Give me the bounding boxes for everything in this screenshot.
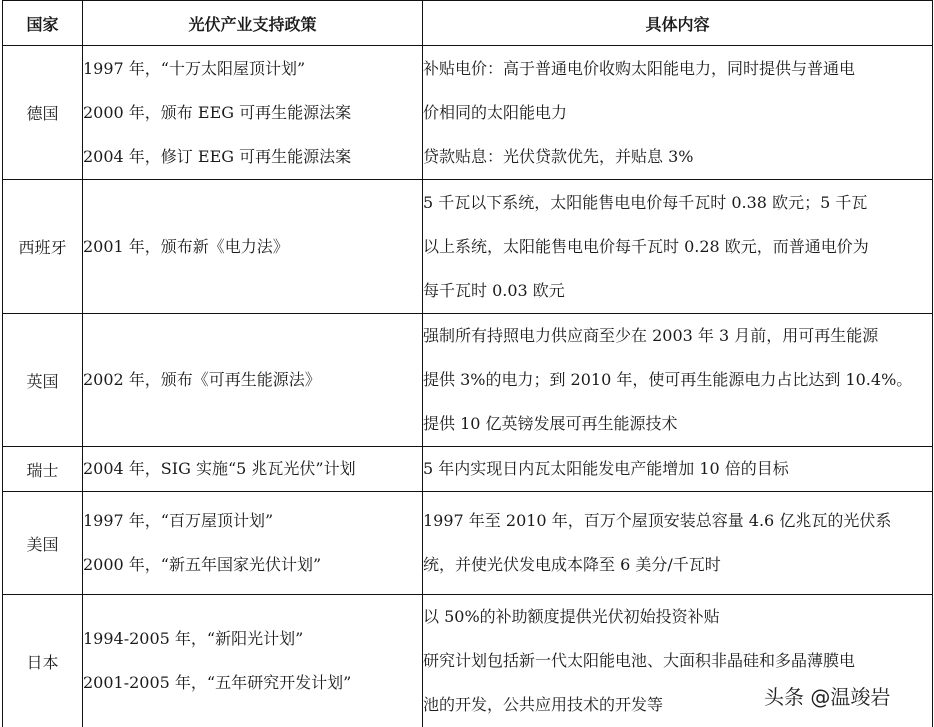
content-line: 强制所有持照电力供应商至少在 2003 年 3 月前，用可再生能源 [423, 314, 932, 358]
table-row-germany: 德国 1997 年，“十万太阳屋顶计划” 2000 年，颁布 EEG 可再生能源… [3, 46, 933, 180]
policy-table: 国家 光伏产业支持政策 具体内容 德国 1997 年，“十万太阳屋顶计划” 20… [2, 0, 933, 727]
header-country: 国家 [3, 1, 83, 46]
policy-line: 2000 年，颁布 EEG 可再生能源法案 [83, 91, 422, 135]
header-row: 国家 光伏产业支持政策 具体内容 [3, 1, 933, 46]
country-cell: 日本 [3, 595, 83, 727]
content-line: 研究计划包括新一代太阳能电池、大面积非晶硅和多晶薄膜电 [423, 639, 932, 683]
content-cell: 5 年内实现日内瓦太阳能发电产能增加 10 倍的目标 [423, 447, 933, 492]
policy-line: 1997 年，“十万太阳屋顶计划” [83, 47, 422, 91]
watermark: 头条 @温竣岩 [764, 681, 890, 710]
content-line: 补贴电价：高于普通电价收购太阳能电力，同时提供与普通电 [423, 47, 932, 91]
policy-cell: 1997 年，“十万太阳屋顶计划” 2000 年，颁布 EEG 可再生能源法案 … [83, 46, 423, 180]
policy-line: 2001-2005 年，“五年研究开发计划” [83, 661, 422, 705]
policy-cell: 1994-2005 年，“新阳光计划” 2001-2005 年，“五年研究开发计… [83, 595, 423, 727]
content-cell: 补贴电价：高于普通电价收购太阳能电力，同时提供与普通电 价相同的太阳能电力 贷款… [423, 46, 933, 180]
content-line: 统，并使光伏发电成本降至 6 美分/千瓦时 [423, 543, 932, 587]
header-content: 具体内容 [423, 1, 933, 46]
table-row-usa: 美国 1997 年，“百万屋顶计划” 2000 年，“新五年国家光伏计划” 19… [3, 492, 933, 595]
policy-line: 1994-2005 年，“新阳光计划” [83, 617, 422, 661]
header-policy: 光伏产业支持政策 [83, 1, 423, 46]
content-line: 每千瓦时 0.03 欧元 [423, 269, 932, 313]
content-line: 1997 年至 2010 年，百万个屋顶安装总容量 4.6 亿兆瓦的光伏系 [423, 499, 932, 543]
content-cell: 5 千瓦以下系统，太阳能售电电价每千瓦时 0.38 欧元；5 千瓦 以上系统，太… [423, 180, 933, 314]
content-cell: 1997 年至 2010 年，百万个屋顶安装总容量 4.6 亿兆瓦的光伏系 统，… [423, 492, 933, 595]
content-cell: 强制所有持照电力供应商至少在 2003 年 3 月前，用可再生能源 提供 3%的… [423, 314, 933, 447]
content-line: 以上系统，太阳能售电电价每千瓦时 0.28 欧元，而普通电价为 [423, 225, 932, 269]
policy-line: 2004 年，SIG 实施“5 兆瓦光伏”计划 [83, 447, 422, 491]
policy-cell: 2004 年，SIG 实施“5 兆瓦光伏”计划 [83, 447, 423, 492]
policy-line: 2004 年，修订 EEG 可再生能源法案 [83, 135, 422, 179]
country-cell: 美国 [3, 492, 83, 595]
content-line: 价相同的太阳能电力 [423, 91, 932, 135]
country-cell: 瑞士 [3, 447, 83, 492]
country-cell: 英国 [3, 314, 83, 447]
policy-line: 1997 年，“百万屋顶计划” [83, 499, 422, 543]
policy-line: 2002 年，颁布《可再生能源法》 [83, 358, 422, 402]
table-row-switzerland: 瑞士 2004 年，SIG 实施“5 兆瓦光伏”计划 5 年内实现日内瓦太阳能发… [3, 447, 933, 492]
policy-line: 2000 年，“新五年国家光伏计划” [83, 543, 422, 587]
content-line: 贷款贴息：光伏贷款优先，并贴息 3% [423, 135, 932, 179]
policy-line: 2001 年，颁布新《电力法》 [83, 225, 422, 269]
table-row-spain: 西班牙 2001 年，颁布新《电力法》 5 千瓦以下系统，太阳能售电电价每千瓦时… [3, 180, 933, 314]
content-line: 以 50%的补助额度提供光伏初始投资补贴 [423, 595, 932, 639]
table-row-uk: 英国 2002 年，颁布《可再生能源法》 强制所有持照电力供应商至少在 2003… [3, 314, 933, 447]
content-line: 提供 3%的电力；到 2010 年，使可再生能源电力占比达到 10.4%。 [423, 358, 932, 402]
policy-cell: 2002 年，颁布《可再生能源法》 [83, 314, 423, 447]
country-cell: 德国 [3, 46, 83, 180]
content-line: 5 千瓦以下系统，太阳能售电电价每千瓦时 0.38 欧元；5 千瓦 [423, 181, 932, 225]
content-line: 5 年内实现日内瓦太阳能发电产能增加 10 倍的目标 [423, 447, 932, 491]
content-line: 提供 10 亿英镑发展可再生能源技术 [423, 402, 932, 446]
policy-cell: 2001 年，颁布新《电力法》 [83, 180, 423, 314]
policy-cell: 1997 年，“百万屋顶计划” 2000 年，“新五年国家光伏计划” [83, 492, 423, 595]
country-cell: 西班牙 [3, 180, 83, 314]
